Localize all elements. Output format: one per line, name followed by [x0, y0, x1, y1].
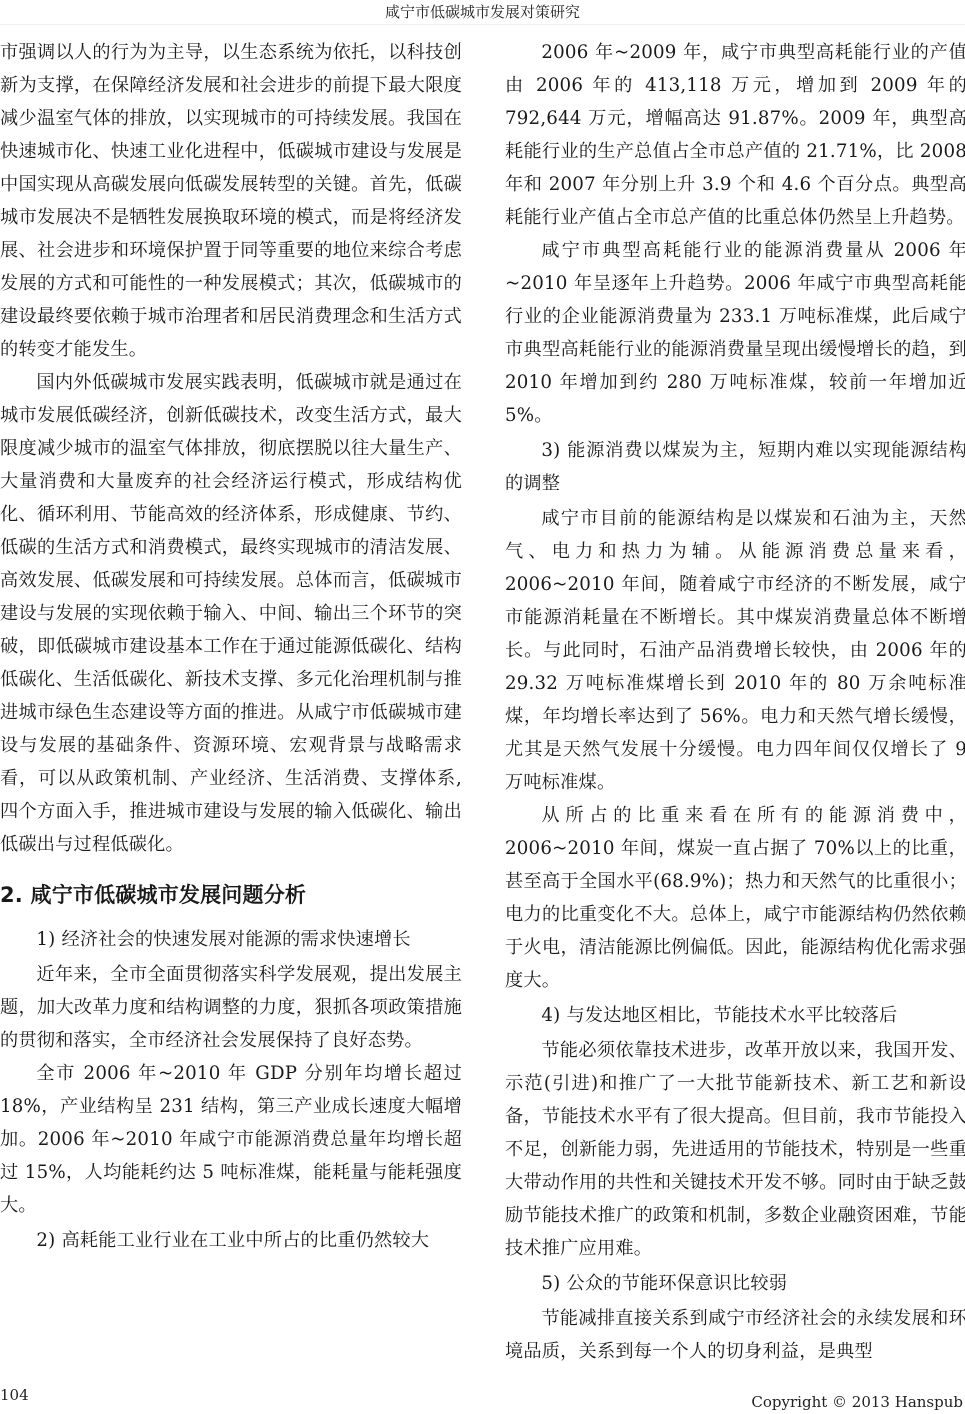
paragraph: 市强调以人的行为为主导，以生态系统为依托，以科技创新为支撑，在保障经济发展和社会…	[0, 36, 462, 366]
paragraph: 国内外低碳城市发展实践表明，低碳城市就是通过在城市发展低碳经济，创新低碳技术，改…	[0, 366, 462, 861]
paragraph: 从所占的比重来看在所有的能源消费中，2006~2010 年间，煤炭一直占据了 7…	[505, 799, 965, 997]
section-heading: 2. 咸宁市低碳城市发展问题分析	[0, 877, 462, 913]
running-header: 咸宁市低碳城市发展对策研究	[0, 0, 965, 25]
page-number: 104	[0, 1385, 29, 1405]
subsection-heading: 1) 经济社会的快速发展对能源的需求快速增长	[0, 923, 462, 956]
left-column: 市强调以人的行为为主导，以生态系统为依托，以科技创新为支撑，在保障经济发展和社会…	[0, 36, 462, 1259]
subsection-heading: 5) 公众的节能环保意识比较弱	[505, 1267, 965, 1300]
paragraph: 咸宁市典型高耗能行业的能源消费量从 2006 年~2010 年呈逐年上升趋势。2…	[505, 234, 965, 432]
right-column: 2006 年~2009 年，咸宁市典型高耗能行业的产值由 2006 年的 413…	[505, 36, 965, 1368]
subsection-heading: 3) 能源消费以煤炭为主，短期内难以实现能源结构的调整	[505, 434, 965, 500]
paragraph: 2006 年~2009 年，咸宁市典型高耗能行业的产值由 2006 年的 413…	[505, 36, 965, 234]
subsection-heading: 4) 与发达地区相比，节能技术水平比较落后	[505, 999, 965, 1032]
paragraph: 节能减排直接关系到咸宁市经济社会的永续发展和环境品质，关系到每一个人的切身利益，…	[505, 1302, 965, 1368]
paragraph: 全市 2006 年~2010 年 GDP 分别年均增长超过18%，产业结构呈 2…	[0, 1057, 462, 1222]
copyright-notice: Copyright © 2013 Hanspub	[751, 1392, 963, 1412]
subsection-heading: 2) 高耗能工业行业在工业中所占的比重仍然较大	[0, 1224, 462, 1257]
paragraph: 咸宁市目前的能源结构是以煤炭和石油为主，天然气、电力和热力为辅。从能源消费总量来…	[505, 502, 965, 799]
running-title: 咸宁市低碳城市发展对策研究	[385, 3, 580, 21]
paragraph: 节能必须依靠技术进步，改革开放以来，我国开发、示范(引进)和推广了一大批节能新技…	[505, 1034, 965, 1265]
paragraph: 近年来，全市全面贯彻落实科学发展观，提出发展主题，加大改革力度和结构调整的力度，…	[0, 958, 462, 1057]
